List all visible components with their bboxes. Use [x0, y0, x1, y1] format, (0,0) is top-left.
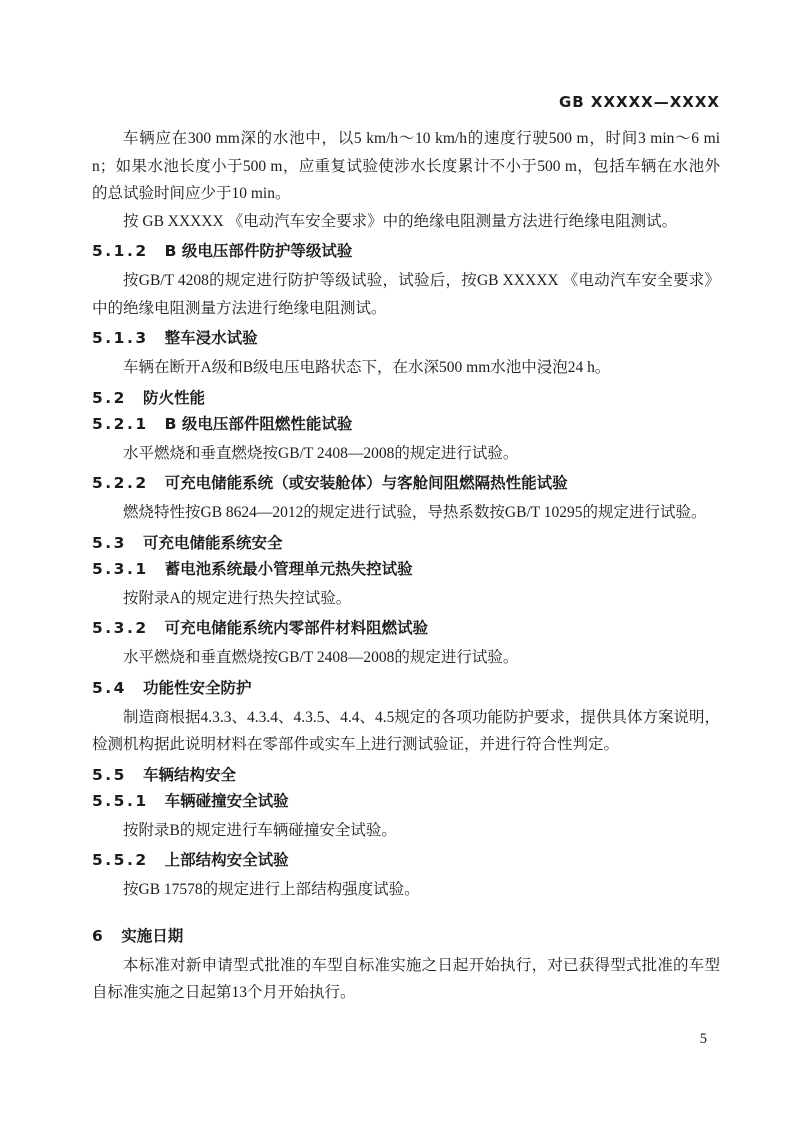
- para-insulation-test: 按 GB XXXXX 《电动汽车安全要求》中的绝缘电阻测量方法进行绝缘电阻测试。: [92, 208, 720, 236]
- heading-6: 6实施日期: [92, 926, 720, 946]
- heading-title: 车辆结构安全: [143, 766, 236, 784]
- heading-title: 可充电储能系统内零部件材料阻燃试验: [165, 619, 429, 637]
- heading-title: 整车浸水试验: [165, 329, 258, 347]
- heading-number: 5.2.1: [92, 415, 149, 433]
- heading-number: 5.3.1: [92, 560, 149, 578]
- heading-title: B 级电压部件防护等级试验: [165, 242, 353, 260]
- heading-title: B 级电压部件阻燃性能试验: [165, 415, 353, 433]
- para-5-1-2: 按GB/T 4208的规定进行防护等级试验，试验后，按GB XXXXX 《电动汽…: [92, 267, 720, 322]
- para-5-3-1: 按附录A的规定进行热失控试验。: [92, 585, 720, 613]
- heading-title: 防火性能: [143, 389, 205, 407]
- heading-title: 可充电储能系统安全: [143, 534, 283, 552]
- heading-5-3-1: 5.3.1蓄电池系统最小管理单元热失控试验: [92, 559, 720, 579]
- heading-5-5-1: 5.5.1车辆碰撞安全试验: [92, 791, 720, 811]
- doc-number-header: GB XXXXX—XXXX: [92, 93, 720, 111]
- heading-number: 5.2.2: [92, 474, 149, 492]
- heading-5-2-1: 5.2.1B 级电压部件阻燃性能试验: [92, 414, 720, 434]
- heading-title: 实施日期: [121, 927, 183, 945]
- para-5-3-2: 水平燃烧和垂直燃烧按GB/T 2408—2008的规定进行试验。: [92, 644, 720, 672]
- para-5-2-2: 燃烧特性按GB 8624—2012的规定进行试验，导热系数按GB/T 10295…: [92, 499, 720, 527]
- para-5-5-1: 按附录B的规定进行车辆碰撞安全试验。: [92, 817, 720, 845]
- heading-5-2-2: 5.2.2可充电储能系统（或安装舱体）与客舱间阻燃隔热性能试验: [92, 473, 720, 493]
- heading-5-5-2: 5.5.2上部结构安全试验: [92, 850, 720, 870]
- heading-5-5: 5.5车辆结构安全: [92, 765, 720, 785]
- heading-5-3: 5.3可充电储能系统安全: [92, 533, 720, 553]
- heading-number: 5.3: [92, 534, 127, 552]
- heading-title: 可充电储能系统（或安装舱体）与客舱间阻燃隔热性能试验: [165, 474, 568, 492]
- heading-5-4: 5.4功能性安全防护: [92, 678, 720, 698]
- para-5-2-1: 水平燃烧和垂直燃烧按GB/T 2408—2008的规定进行试验。: [92, 440, 720, 468]
- heading-number: 5.1.3: [92, 329, 149, 347]
- heading-5-2: 5.2防火性能: [92, 388, 720, 408]
- para-5-1-3: 车辆在断开A级和B级电压电路状态下，在水深500 mm水池中浸泡24 h。: [92, 354, 720, 382]
- heading-number: 5.5: [92, 766, 127, 784]
- heading-title: 功能性安全防护: [143, 679, 252, 697]
- heading-title: 蓄电池系统最小管理单元热失控试验: [165, 560, 413, 578]
- heading-title: 车辆碰撞安全试验: [165, 792, 289, 810]
- heading-5-1-3: 5.1.3整车浸水试验: [92, 328, 720, 348]
- heading-number: 5.5.1: [92, 792, 149, 810]
- heading-number: 6: [92, 927, 105, 945]
- document-content: GB XXXXX—XXXX 车辆应在300 mm深的水池中，以5 km/h～10…: [92, 93, 720, 1007]
- heading-number: 5.1.2: [92, 242, 149, 260]
- page-number: 5: [700, 1030, 707, 1048]
- para-5-4: 制造商根据4.3.3、4.3.4、4.3.5、4.4、4.5规定的各项功能防护要…: [92, 704, 720, 759]
- para-wading-test: 车辆应在300 mm深的水池中，以5 km/h～10 km/h的速度行驶500 …: [92, 125, 720, 208]
- heading-5-3-2: 5.3.2可充电储能系统内零部件材料阻燃试验: [92, 618, 720, 638]
- heading-number: 5.3.2: [92, 619, 149, 637]
- heading-title: 上部结构安全试验: [165, 851, 289, 869]
- document-page: GB XXXXX—XXXX 车辆应在300 mm深的水池中，以5 km/h～10…: [0, 0, 793, 1122]
- para-6: 本标准对新申请型式批准的车型自标准实施之日起开始执行，对已获得型式批准的车型自标…: [92, 952, 720, 1007]
- para-5-5-2: 按GB 17578的规定进行上部结构强度试验。: [92, 876, 720, 904]
- heading-number: 5.2: [92, 389, 127, 407]
- heading-number: 5.4: [92, 679, 127, 697]
- heading-5-1-2: 5.1.2B 级电压部件防护等级试验: [92, 241, 720, 261]
- heading-number: 5.5.2: [92, 851, 149, 869]
